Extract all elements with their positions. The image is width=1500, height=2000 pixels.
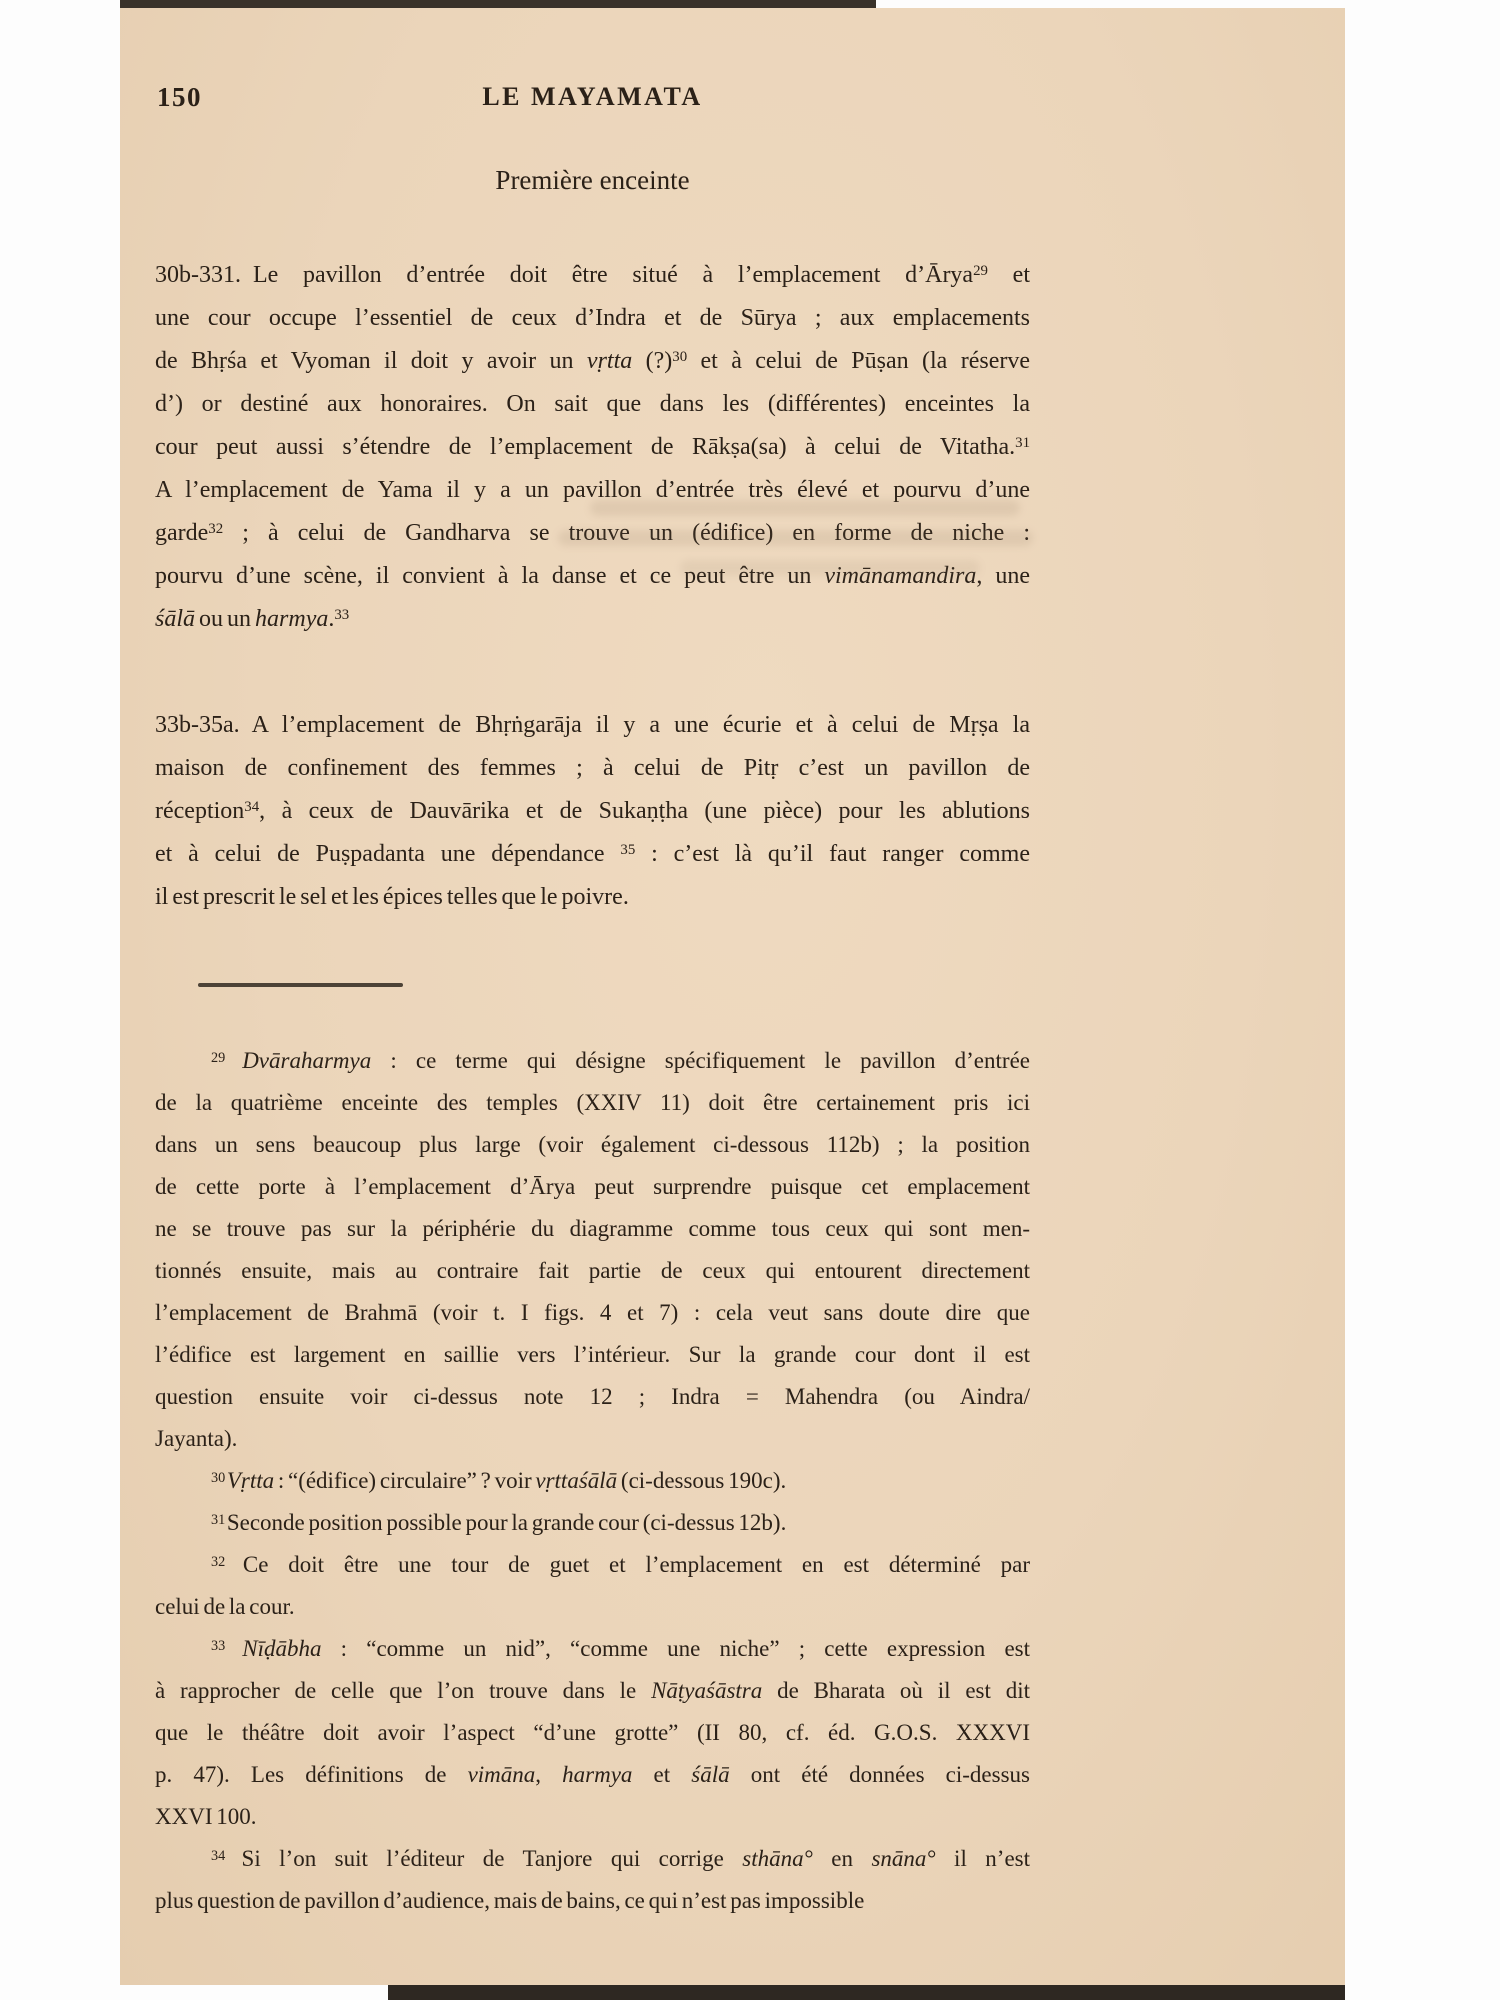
footnote-reference: 33 xyxy=(334,607,349,623)
text-segment: à rapprocher de celle que l’on trouve da… xyxy=(155,1678,651,1703)
text-line: 29 Dvāraharmya : ce terme qui désigne sp… xyxy=(155,1040,1030,1082)
scanned-book-page-canvas: 150 LE MAYAMATA Première enceinte 30b-33… xyxy=(0,0,1500,2000)
text-segment: de cette porte à l’emplacement d’Ārya pe… xyxy=(155,1174,1030,1199)
text-segment: dans un sens beaucoup plus large (voir é… xyxy=(155,1132,1030,1157)
text-segment: snāna° xyxy=(871,1846,935,1871)
show-through-smudge xyxy=(590,500,1020,516)
text-segment: ne se trouve pas sur la périphérie du di… xyxy=(155,1216,1030,1241)
running-title: LE MAYAMATA xyxy=(155,80,1030,114)
footnote-30: 30 Vṛtta : “(édifice) circulaire” ? voir… xyxy=(155,1460,1030,1502)
footnote-reference: 30 xyxy=(211,1470,227,1486)
text-segment: de Bharata où il est dit xyxy=(762,1678,1030,1703)
text-segment: Seconde position possible pour la grande… xyxy=(227,1510,787,1535)
body-paragraph-1: 30b-331. Le pavillon d’entrée doit être … xyxy=(155,254,1030,641)
footnote-reference: 31 xyxy=(1015,435,1030,451)
text-segment: garde xyxy=(155,520,208,546)
text-segment: Le pavillon d’entrée doit être situé à l… xyxy=(253,262,973,288)
text-segment: Nāṭyaśāstra xyxy=(651,1678,762,1703)
text-line: l’édifice est largement en saillie vers … xyxy=(155,1334,1030,1376)
text-segment: Ce doit être une tour de guet et l’empla… xyxy=(243,1552,1030,1577)
text-line: question ensuite voir ci-dessus note 12 … xyxy=(155,1376,1030,1418)
footnote-34: 34 Si l’on suit l’éditeur de Tanjore qui… xyxy=(155,1838,1030,1922)
text-segment: p. 47). Les définitions de xyxy=(155,1762,468,1787)
text-line: 33b-35a. A l’emplacement de Bhṛṅgarāja i… xyxy=(155,704,1030,747)
text-segment: Jayanta). xyxy=(155,1426,237,1451)
text-line: XXVI 100. xyxy=(155,1796,1030,1838)
text-segment: : “(édifice) circulaire” ? voir xyxy=(274,1468,535,1493)
text-line: de Bhṛśa et Vyoman il doit y avoir un vṛ… xyxy=(155,340,1030,383)
text-segment: A l’emplacement de Bhṛṅgarāja il y a une… xyxy=(252,712,1030,738)
text-segment: Vṛtta xyxy=(227,1468,274,1493)
text-line: śālā ou un harmya.33 xyxy=(155,598,1030,641)
text-line: il est prescrit le sel et les épices tel… xyxy=(155,876,1030,919)
text-line: 30b-331. Le pavillon d’entrée doit être … xyxy=(155,254,1030,297)
footnote-29: 29 Dvāraharmya : ce terme qui désigne sp… xyxy=(155,1040,1030,1460)
text-segment: vṛttaśālā xyxy=(535,1468,617,1493)
text-segment: et xyxy=(988,262,1030,288)
text-line: que le théâtre doit avoir l’aspect “d’un… xyxy=(155,1712,1030,1754)
text-segment: harmya xyxy=(255,606,328,632)
footnote-reference: 32 xyxy=(211,1554,243,1570)
text-segment: celui de la cour. xyxy=(155,1594,295,1619)
text-segment: d’) or destiné aux honoraires. On sait q… xyxy=(155,391,1030,417)
footnote-reference: 34 xyxy=(211,1848,242,1864)
text-segment: l’édifice est largement en saillie vers … xyxy=(155,1342,1030,1367)
text-segment: réception xyxy=(155,798,244,824)
text-line: dans un sens beaucoup plus large (voir é… xyxy=(155,1124,1030,1166)
show-through-smudge xyxy=(680,560,980,576)
text-segment: , une xyxy=(976,563,1030,589)
footnote-31: 31 Seconde position possible pour la gra… xyxy=(155,1502,1030,1544)
text-segment: de Bhṛśa et Vyoman il doit y avoir un xyxy=(155,348,587,374)
footnote-reference: 29 xyxy=(973,263,988,279)
text-line: l’emplacement de Brahmā (voir t. I figs.… xyxy=(155,1292,1030,1334)
text-line: une cour occupe l’essentiel de ceux d’In… xyxy=(155,297,1030,340)
book-page: 150 LE MAYAMATA Première enceinte 30b-33… xyxy=(120,8,1345,1985)
text-line: plus question de pavillon d’audience, ma… xyxy=(155,1880,1030,1922)
text-segment: harmya xyxy=(562,1762,632,1787)
text-segment: 30b-331. xyxy=(155,262,241,288)
text-segment: il n’est xyxy=(936,1846,1030,1871)
text-segment: question ensuite voir ci-dessus note 12 … xyxy=(155,1384,1030,1409)
text-segment: XXVI 100. xyxy=(155,1804,257,1829)
text-segment: maison de confinement des femmes ; à cel… xyxy=(155,755,1030,781)
text-line: 32 Ce doit être une tour de guet et l’em… xyxy=(155,1544,1030,1586)
footnote-reference: 33 xyxy=(211,1638,242,1654)
text-segment: tionnés ensuite, mais au contraire fait … xyxy=(155,1258,1030,1283)
text-segment: (ci-dessous 190c). xyxy=(617,1468,786,1493)
footnote-separator-rule xyxy=(198,983,403,987)
footnote-32: 32 Ce doit être une tour de guet et l’em… xyxy=(155,1544,1030,1628)
text-line: maison de confinement des femmes ; à cel… xyxy=(155,747,1030,790)
text-line: tionnés ensuite, mais au contraire fait … xyxy=(155,1250,1030,1292)
text-segment: une cour occupe l’essentiel de ceux d’In… xyxy=(155,305,1030,331)
text-segment: śālā xyxy=(155,606,195,632)
text-line: celui de la cour. xyxy=(155,1586,1030,1628)
text-line: de la quatrième enceinte des temples (XX… xyxy=(155,1082,1030,1124)
text-segment: ou un xyxy=(195,606,255,632)
text-line: Jayanta). xyxy=(155,1418,1030,1460)
text-segment: sthāna° xyxy=(742,1846,813,1871)
footnote-reference: 34 xyxy=(244,799,259,815)
text-segment: , à ceux de Dauvārika et de Sukaṇṭha (un… xyxy=(259,798,1030,824)
text-segment: de la quatrième enceinte des temples (XX… xyxy=(155,1090,1030,1115)
text-segment: et xyxy=(632,1762,691,1787)
text-segment: 33b-35a. xyxy=(155,712,240,738)
text-segment: : c’est là qu’il faut ranger comme xyxy=(635,841,1030,867)
text-segment xyxy=(241,262,253,288)
text-segment: vṛtta xyxy=(587,348,632,374)
text-segment: ont été données ci-dessus xyxy=(730,1762,1030,1787)
text-segment: Nīḍābha xyxy=(242,1636,321,1661)
text-segment: vimāna xyxy=(468,1762,536,1787)
text-line: cour peut aussi s’étendre de l’emplaceme… xyxy=(155,426,1030,469)
text-segment: : ce terme qui désigne spécifiquement le… xyxy=(371,1048,1030,1073)
body-paragraph-2: 33b-35a. A l’emplacement de Bhṛṅgarāja i… xyxy=(155,704,1030,919)
text-line: 33 Nīḍābha : “comme un nid”, “comme une … xyxy=(155,1628,1030,1670)
text-segment: plus question de pavillon d’audience, ma… xyxy=(155,1888,864,1913)
footnotes: 29 Dvāraharmya : ce terme qui désigne sp… xyxy=(155,1040,1030,1922)
text-segment: : “comme un nid”, “comme une niche” ; ce… xyxy=(321,1636,1030,1661)
footnote-reference: 31 xyxy=(211,1512,227,1528)
text-segment: et à celui de Puṣpadanta une dépendance xyxy=(155,841,620,867)
text-segment: en xyxy=(813,1846,872,1871)
scan-edge-bottom xyxy=(388,1983,1345,2000)
text-segment: , xyxy=(535,1762,562,1787)
text-line: 31 Seconde position possible pour la gra… xyxy=(155,1502,1030,1544)
text-line: d’) or destiné aux honoraires. On sait q… xyxy=(155,383,1030,426)
text-line: à rapprocher de celle que l’on trouve da… xyxy=(155,1670,1030,1712)
text-segment: que le théâtre doit avoir l’aspect “d’un… xyxy=(155,1720,1030,1745)
text-line: réception34, à ceux de Dauvārika et de S… xyxy=(155,790,1030,833)
text-line: 30 Vṛtta : “(édifice) circulaire” ? voir… xyxy=(155,1460,1030,1502)
text-line: ne se trouve pas sur la périphérie du di… xyxy=(155,1208,1030,1250)
text-segment: (?) xyxy=(632,348,672,374)
footnote-reference: 35 xyxy=(620,842,635,858)
text-segment: et à celui de Pūṣan (la réserve xyxy=(687,348,1030,374)
show-through-smudge xyxy=(558,530,1033,546)
text-segment: Si l’on suit l’éditeur de Tanjore qui co… xyxy=(242,1846,743,1871)
section-heading: Première enceinte xyxy=(155,162,1030,198)
footnote-reference: 30 xyxy=(672,349,687,365)
text-segment xyxy=(240,712,252,738)
text-line: de cette porte à l’emplacement d’Ārya pe… xyxy=(155,1166,1030,1208)
text-segment: cour peut aussi s’étendre de l’emplaceme… xyxy=(155,434,1015,460)
text-line: p. 47). Les définitions de vimāna, harmy… xyxy=(155,1754,1030,1796)
text-line: et à celui de Puṣpadanta une dépendance … xyxy=(155,833,1030,876)
text-segment: l’emplacement de Brahmā (voir t. I figs.… xyxy=(155,1300,1030,1325)
text-line: 34 Si l’on suit l’éditeur de Tanjore qui… xyxy=(155,1838,1030,1880)
text-segment: Dvāraharmya xyxy=(242,1048,371,1073)
text-segment: śālā xyxy=(691,1762,729,1787)
footnote-33: 33 Nīḍābha : “comme un nid”, “comme une … xyxy=(155,1628,1030,1838)
text-segment: il est prescrit le sel et les épices tel… xyxy=(155,884,629,910)
footnote-reference: 32 xyxy=(208,521,223,537)
footnote-reference: 29 xyxy=(211,1050,242,1066)
